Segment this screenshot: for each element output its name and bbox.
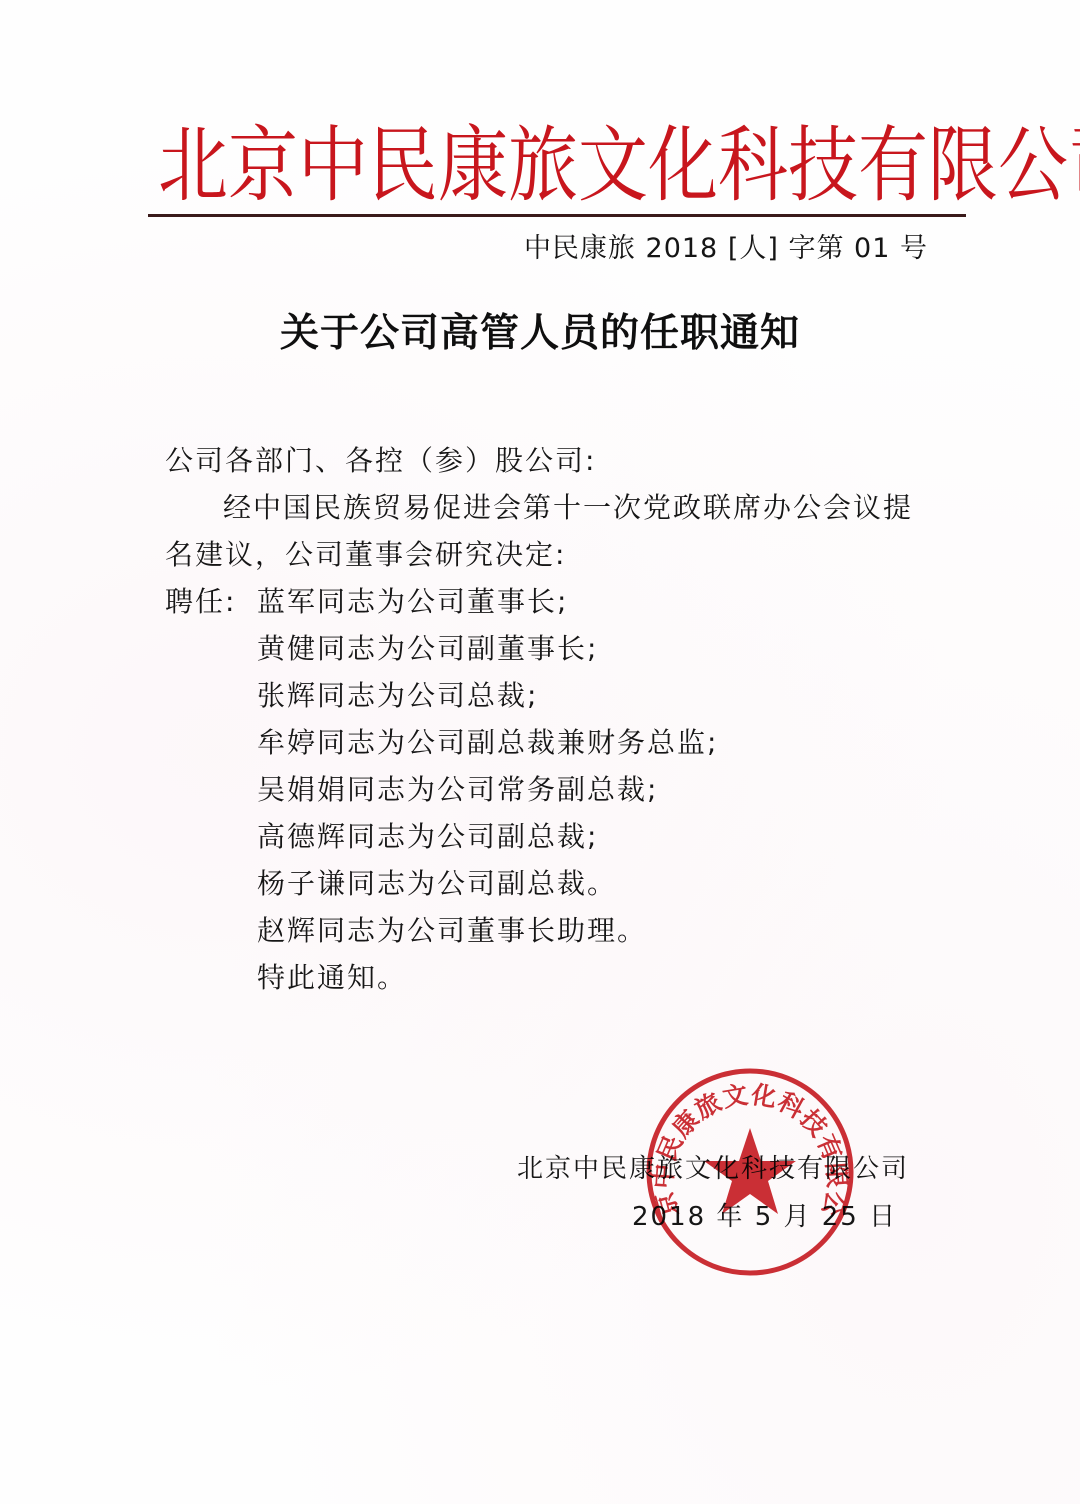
letterhead-char: 化 xyxy=(648,98,718,217)
letterhead-char: 文 xyxy=(578,98,648,217)
appointment-item: 牟婷同志为公司副总裁兼财务总监; xyxy=(165,719,945,766)
intro-paragraph-line-2: 名建议，公司董事会研究决定: xyxy=(165,531,945,578)
letterhead-divider xyxy=(148,214,966,217)
star-icon xyxy=(704,1128,796,1214)
hire-label: 聘任: xyxy=(165,578,257,625)
intro-paragraph-line-1: 经中国民族贸易促进会第十一次党政联席办公会议提 xyxy=(165,484,945,531)
letterhead-char: 科 xyxy=(718,98,788,217)
letterhead-char: 康 xyxy=(438,98,508,217)
notice-title: 关于公司高管人员的任职通知 xyxy=(0,302,1080,358)
appointment-row: 聘任: 蓝军同志为公司董事长; xyxy=(165,578,945,625)
letterhead-char: 司 xyxy=(1068,98,1080,217)
appointment-item: 蓝军同志为公司董事长; xyxy=(257,578,568,625)
company-seal: 北京中民康旅文化科技有限公司 xyxy=(644,1066,856,1278)
letterhead-char: 中 xyxy=(298,98,368,217)
document-page: ​ 北 京 中 民 康 旅 文 化 科 技 有 限 公 司 中民康旅 2018 … xyxy=(0,0,1080,1504)
appointment-item: 黄健同志为公司副董事长; xyxy=(165,625,945,672)
appointment-item: 杨子谦同志为公司副总裁。 xyxy=(165,860,945,907)
letterhead-char: 有 xyxy=(858,98,928,217)
appointment-item: 赵辉同志为公司董事长助理。 xyxy=(165,907,945,954)
document-number: 中民康旅 2018 [人] 字第 01 号 xyxy=(524,226,928,265)
appointment-item: 高德辉同志为公司副总裁; xyxy=(165,813,945,860)
letterhead-char: 旅 xyxy=(508,98,578,217)
letterhead-company-name: 北 京 中 民 康 旅 文 化 科 技 有 限 公 司 xyxy=(158,108,958,208)
appointment-item: 吴娟娟同志为公司常务副总裁; xyxy=(165,766,945,813)
letterhead-char: 京 xyxy=(228,98,298,217)
letterhead-char: 技 xyxy=(788,98,858,217)
salutation: 公司各部门、各控（参）股公司: xyxy=(165,437,945,484)
notice-body: 公司各部门、各控（参）股公司: 经中国民族贸易促进会第十一次党政联席办公会议提 … xyxy=(165,437,945,1001)
closing-remark: 特此通知。 xyxy=(165,954,945,1001)
appointment-item: 张辉同志为公司总裁; xyxy=(165,672,945,719)
letterhead-char: 限 xyxy=(928,98,998,217)
letterhead-char: 民 xyxy=(368,98,438,217)
letterhead-char: 公 xyxy=(998,98,1068,217)
letterhead-char: 北 xyxy=(158,98,228,217)
